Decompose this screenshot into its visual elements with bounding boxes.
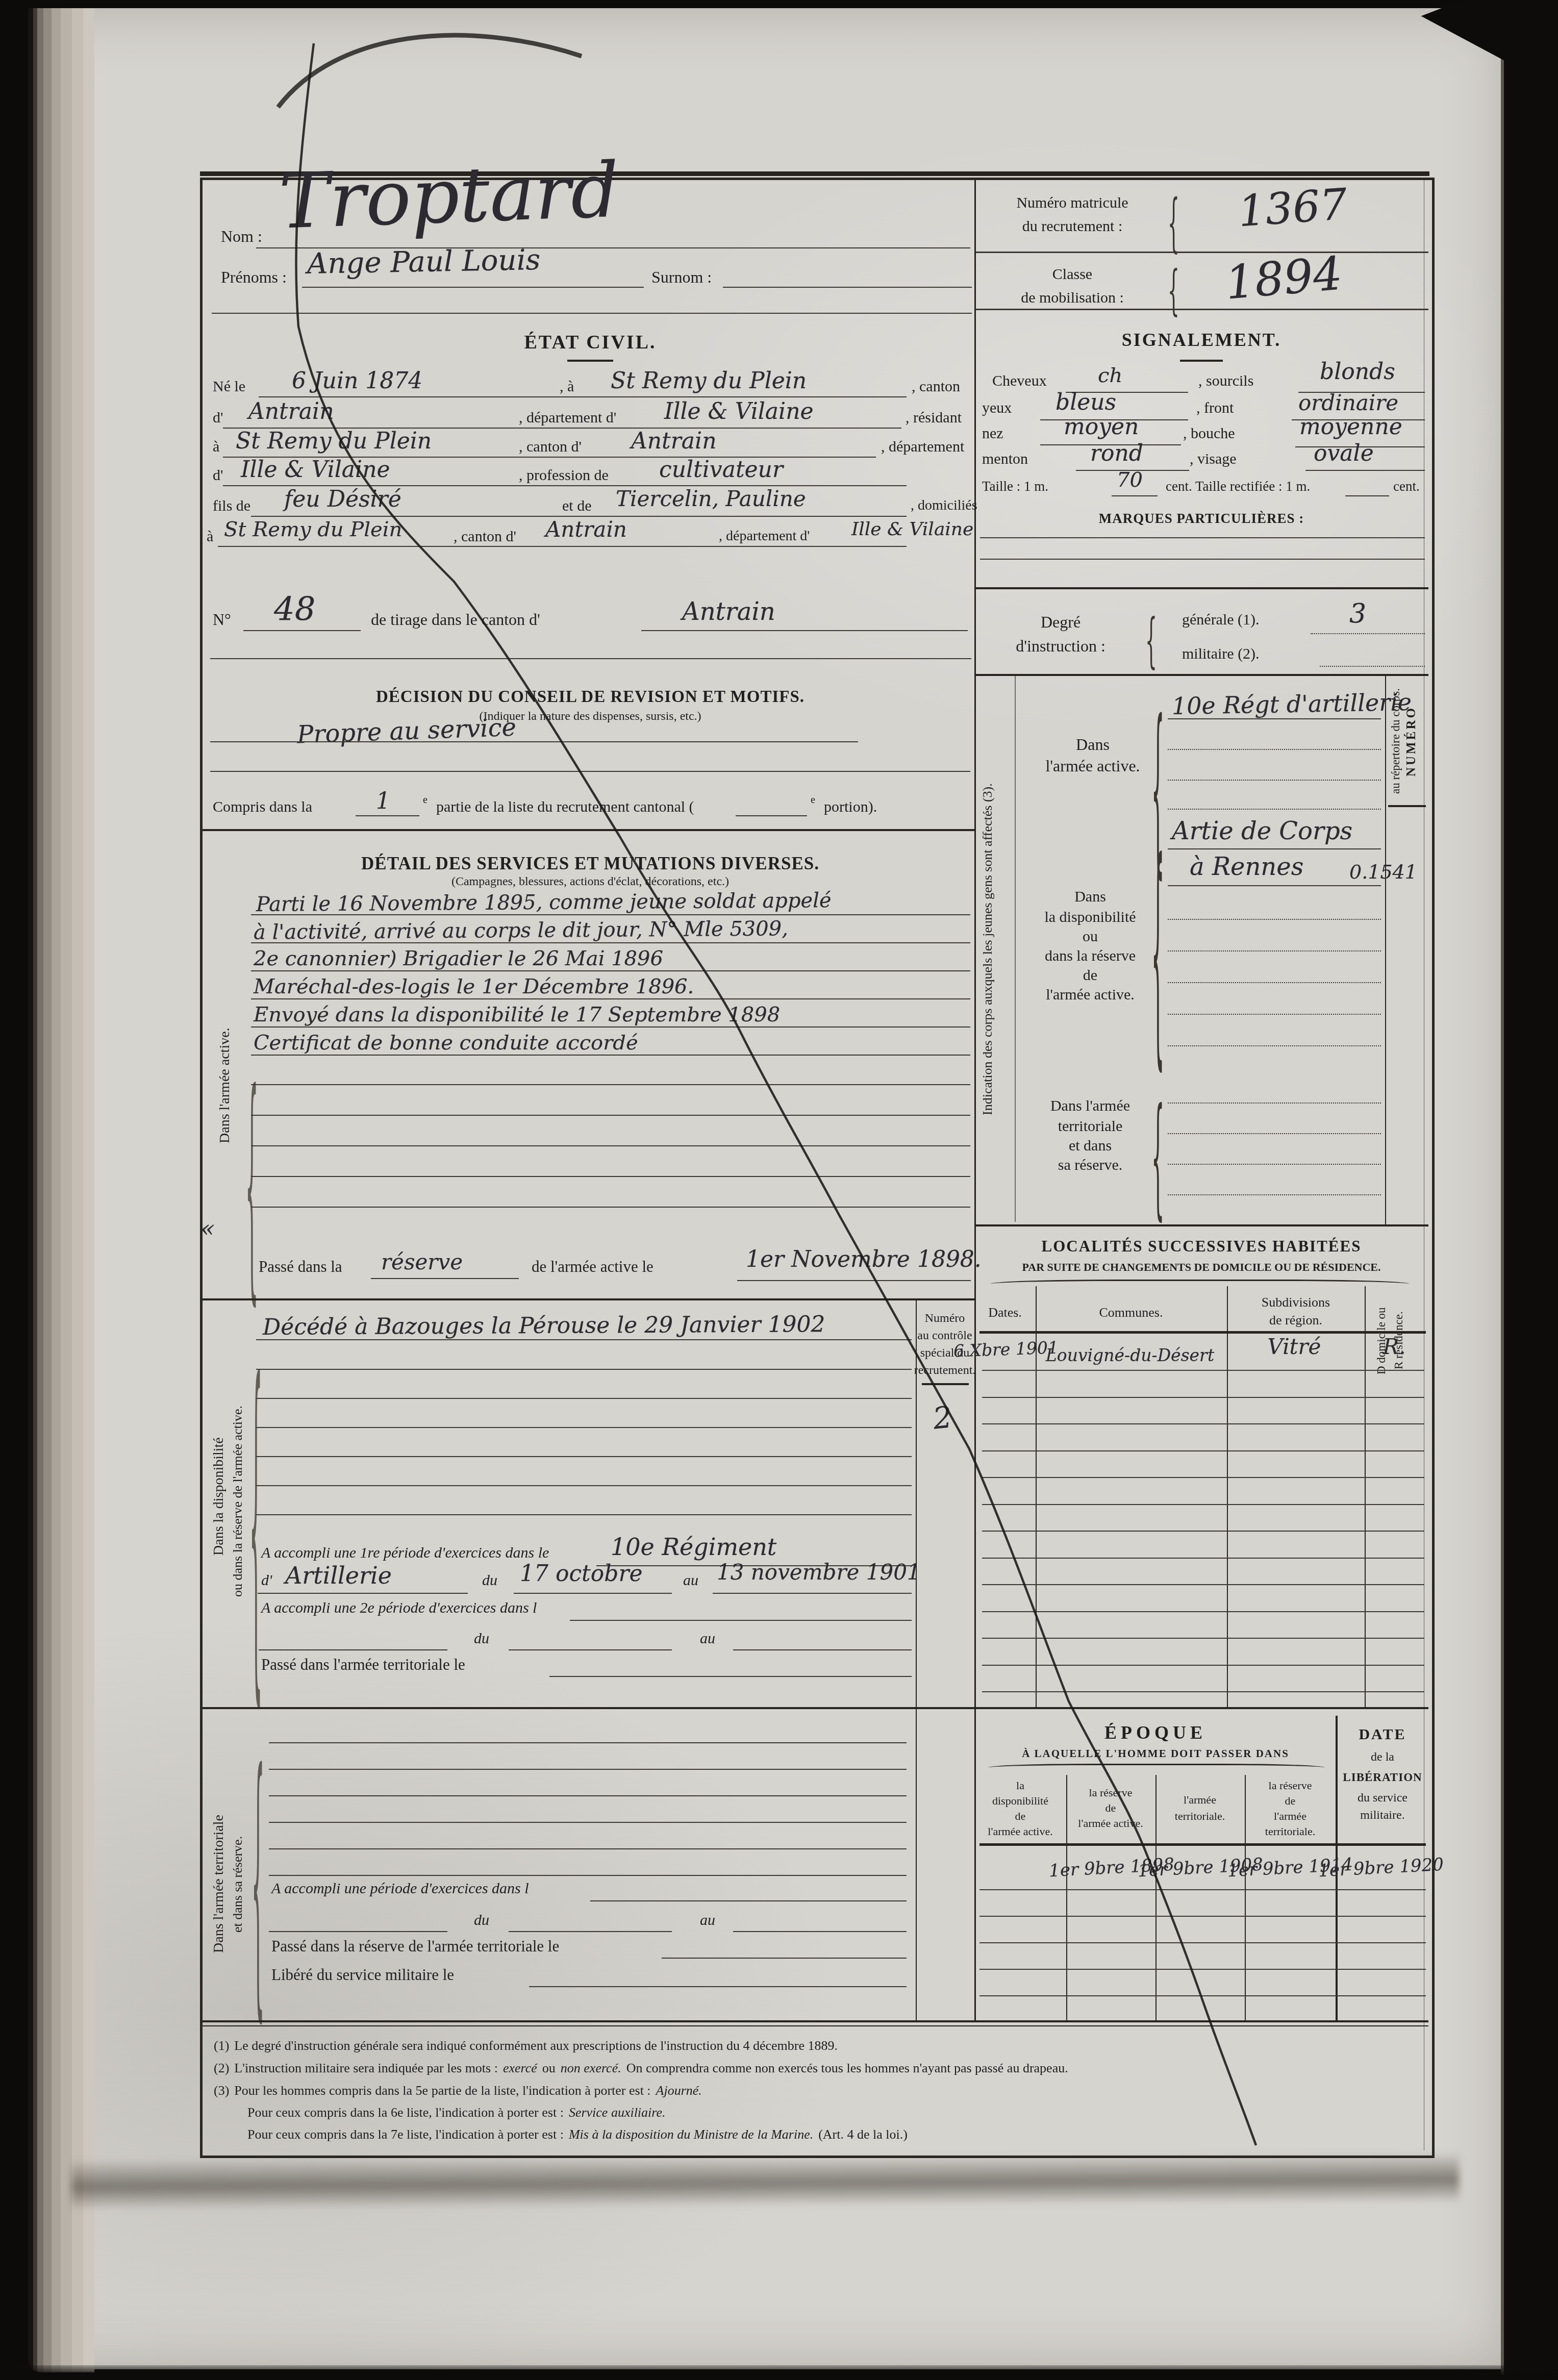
terr-periode-ln bbox=[590, 1900, 907, 1901]
loc-header-subdiv2: de région. bbox=[1269, 1313, 1322, 1328]
localites-title: LOCALITÉS SUCCESSIVES HABITÉES bbox=[1042, 1237, 1362, 1256]
loc-row-ln11 bbox=[982, 1638, 1424, 1639]
ec-r3-label3: , département bbox=[881, 438, 964, 456]
epoque-subtitle: À LAQUELLE L'HOMME DOIT PASSER DANS bbox=[1022, 1747, 1289, 1760]
svc-bottom-rule bbox=[203, 1298, 974, 1300]
ep-date-l3: LIBÉRATION bbox=[1343, 1771, 1422, 1784]
footnote-2-text-c: On comprendra comme non exercés tous les… bbox=[626, 2061, 1068, 2075]
loc-row1-ln bbox=[982, 1370, 1424, 1371]
taille-line1 bbox=[1112, 495, 1158, 496]
signalement-dash bbox=[1180, 360, 1223, 362]
compris-line2 bbox=[736, 815, 807, 816]
loc-row-ln10 bbox=[982, 1611, 1424, 1612]
dispo-label3: ou bbox=[1083, 928, 1098, 945]
periode2b-au: au bbox=[700, 1630, 715, 1647]
dispo-corps-number: 0.1541 bbox=[1349, 861, 1417, 883]
svc-blank3 bbox=[251, 1145, 970, 1146]
ep-date-l2: de la bbox=[1371, 1750, 1394, 1764]
terr-block-brace: { bbox=[252, 1721, 264, 2049]
dispo-brace: { bbox=[1151, 817, 1164, 1094]
loc-header-dates: Dates. bbox=[988, 1305, 1022, 1320]
loc-row1-dr: R. bbox=[1383, 1334, 1406, 1359]
classe-rule bbox=[976, 309, 1428, 310]
corps-terr-label2: territoriale bbox=[1058, 1118, 1123, 1135]
ec-r2-value2: Ille & Vilaine bbox=[664, 398, 814, 424]
matricule-label-2: du recrutement : bbox=[1022, 218, 1123, 235]
dispo-label1: Dans bbox=[1074, 888, 1106, 906]
corps-disp-line2 bbox=[1168, 885, 1381, 886]
main-column-divider bbox=[974, 180, 976, 2020]
ec-r4-value1: Ille & Vilaine bbox=[241, 457, 390, 483]
services-subtitle: (Campagnes, blessures, actions d'éclat, … bbox=[451, 875, 729, 889]
loc-row-ln6 bbox=[982, 1504, 1424, 1505]
front-label: , front bbox=[1196, 399, 1234, 417]
footnote-5-italic: Mis à la disposition du Ministre de la M… bbox=[569, 2127, 813, 2142]
loc-row-ln13 bbox=[982, 1691, 1424, 1692]
ep-col3-l2: territoriale. bbox=[1175, 1810, 1225, 1823]
etat-civil-title: ÉTAT CIVIL. bbox=[524, 331, 657, 354]
taille-label1: Taille : 1 m. bbox=[982, 479, 1048, 494]
footnote-1-text: Le degré d'instruction générale sera ind… bbox=[234, 2038, 838, 2053]
periode1b-au: au bbox=[683, 1572, 698, 1589]
corps-disp-line6 bbox=[1168, 1014, 1381, 1015]
etat-civil-dash bbox=[567, 360, 613, 362]
ec-r6-value3: Ille & Vilaine bbox=[851, 519, 973, 540]
ec-r3-label: à bbox=[213, 438, 219, 456]
passe-reserve-label2: de l'armée active le bbox=[532, 1258, 654, 1276]
ep-div1 bbox=[1066, 1775, 1067, 2020]
ep-col1-l4: l'armée active. bbox=[988, 1825, 1052, 1838]
bottom-shadow-band bbox=[71, 2152, 1459, 2210]
footnote-4: Pour ceux compris dans la 6e liste, l'in… bbox=[247, 2105, 671, 2120]
corps-side-label: Indication des corps auxquels les jeunes… bbox=[980, 680, 1000, 1218]
footnote-2: (2)L'instruction militaire sera indiquée… bbox=[214, 2061, 1073, 2076]
right-scan-band bbox=[1501, 0, 1558, 2380]
sourcils-value: blonds bbox=[1320, 359, 1395, 385]
ec-r6-label2: , canton d' bbox=[454, 528, 516, 545]
periode1b-value3: 13 novembre 1901 bbox=[717, 1560, 921, 1585]
terr-du-ln1 bbox=[269, 1931, 447, 1932]
ep-col1-l2: disponibilité bbox=[992, 1794, 1048, 1808]
periode2-label: A accompli une 2e période d'exercices da… bbox=[261, 1599, 537, 1617]
services-title: DÉTAIL DES SERVICES ET MUTATIONS DIVERSE… bbox=[361, 854, 819, 874]
terr-blank1 bbox=[269, 1742, 907, 1743]
periode1b-ln3 bbox=[713, 1593, 912, 1594]
visage-value: ovale bbox=[1314, 440, 1374, 466]
degre-bottom-rule bbox=[974, 674, 1428, 676]
compris-label1: Compris dans la bbox=[213, 798, 312, 816]
degre-label1: Degré bbox=[1041, 613, 1080, 632]
ec-r6-value1: St Remy du Plein bbox=[224, 518, 402, 541]
ep-col2-l1: la réserve bbox=[1089, 1786, 1133, 1799]
footnote-5-text: Pour ceux compris dans la 7e liste, l'in… bbox=[247, 2127, 564, 2142]
corps-terr-line2 bbox=[1168, 1133, 1381, 1134]
ep-row3-ln bbox=[979, 1942, 1426, 1943]
tirage-no-value: 48 bbox=[274, 591, 315, 629]
ep-row5-ln bbox=[979, 1995, 1426, 1996]
tirage-label: de tirage dans le canton d' bbox=[371, 610, 540, 629]
loc-row-ln3 bbox=[982, 1423, 1424, 1424]
ep-date-l4: du service bbox=[1358, 1791, 1408, 1805]
ep-div3 bbox=[1245, 1775, 1246, 2020]
compris-bottom-rule bbox=[203, 829, 974, 831]
ep-col4-l1: la réserve bbox=[1269, 1779, 1312, 1792]
svc-blank2 bbox=[251, 1115, 970, 1116]
ep-col2-l2: de bbox=[1105, 1801, 1116, 1815]
ec-r4-label2: , profession de bbox=[519, 467, 609, 484]
compris-sup2: e bbox=[811, 794, 815, 806]
corps-terr-label1: Dans l'armée bbox=[1050, 1097, 1130, 1115]
matricule-form: Nom : Troptard Prénoms : Ange Paul Louis… bbox=[200, 178, 1435, 2158]
periode1b-du: du bbox=[482, 1572, 497, 1589]
ep-col4-l4: territoriale. bbox=[1265, 1825, 1315, 1838]
dispo-blank4 bbox=[256, 1456, 912, 1457]
taille-line2 bbox=[1345, 495, 1389, 496]
passe-reserve-value1: réserve bbox=[381, 1249, 463, 1274]
dispo-blank2 bbox=[256, 1398, 912, 1399]
footnote-3-num: (3) bbox=[214, 2083, 229, 2098]
periode1-label: A accompli une 1re période d'exercices d… bbox=[261, 1544, 549, 1562]
loc-row-ln5 bbox=[982, 1477, 1424, 1478]
periode1b-label: d' bbox=[261, 1572, 272, 1589]
controle-label1: Numéro bbox=[925, 1312, 965, 1325]
taille-label3: cent. bbox=[1393, 479, 1420, 494]
corps-disp-line7 bbox=[1168, 1045, 1381, 1046]
corps-terr-line3 bbox=[1168, 1164, 1381, 1165]
ec-r1-label: Né le bbox=[213, 378, 245, 395]
footnote-1-num: (1) bbox=[214, 2038, 229, 2053]
taille-label2: cent. Taille rectifiée : 1 m. bbox=[1166, 479, 1310, 494]
ec-r6-line bbox=[218, 546, 907, 547]
libere-label: Libéré du service militaire le bbox=[271, 1966, 454, 1984]
periode2b-ln2 bbox=[509, 1649, 672, 1650]
footnote-4-text: Pour ceux compris dans la 6e liste, l'in… bbox=[247, 2105, 564, 2120]
decision-line1 bbox=[210, 741, 858, 742]
bottom-scan-edge bbox=[0, 2365, 1558, 2380]
nom-label: Nom : bbox=[221, 227, 262, 246]
ec-r5-label: fils de bbox=[213, 497, 250, 515]
passe-ln2 bbox=[737, 1280, 971, 1281]
dispo-corps-value1: Artie de Corps bbox=[1172, 817, 1352, 845]
footnotes-top-rule bbox=[203, 2020, 1428, 2022]
compris-line1 bbox=[356, 815, 419, 816]
svc-ln3 bbox=[251, 970, 970, 971]
svc-ln4 bbox=[251, 998, 970, 999]
bouche-value: moyenne bbox=[1299, 414, 1402, 440]
matricule-label-1: Numéro matricule bbox=[1016, 194, 1128, 212]
nez-label: nez bbox=[982, 425, 1003, 442]
matricule-value: 1367 bbox=[1237, 179, 1349, 237]
classe-brace: { bbox=[1168, 261, 1179, 322]
ec-r6-label: à bbox=[207, 528, 213, 545]
bouche-label: , bouche bbox=[1183, 425, 1235, 442]
loc-header-subdiv1: Subdivisions bbox=[1262, 1295, 1330, 1310]
service-line5: Envoyé dans la disponibilité le 17 Septe… bbox=[254, 1003, 780, 1026]
decision-line2 bbox=[210, 771, 970, 772]
service-line4: Maréchal-des-logis le 1er Décembre 1896. bbox=[254, 975, 694, 998]
prenoms-label: Prénoms : bbox=[221, 268, 287, 287]
ec-r5-value1: feu Désiré bbox=[284, 486, 401, 512]
loc-row-ln9 bbox=[982, 1584, 1424, 1585]
ep-col3-l1: l'armée bbox=[1184, 1793, 1216, 1807]
terr-blank2 bbox=[269, 1769, 907, 1770]
front-value: ordinaire bbox=[1298, 390, 1398, 415]
visage-line bbox=[1305, 470, 1425, 471]
compris-label2: partie de la liste du recrutement canton… bbox=[436, 798, 694, 816]
tirage-bottom-line bbox=[210, 658, 971, 659]
dispo-label6: l'armée active. bbox=[1046, 986, 1135, 1004]
ec-r1-label3: , canton bbox=[912, 378, 960, 395]
libere-ln bbox=[529, 1986, 907, 1987]
ec-r2-value1: Antrain bbox=[248, 398, 334, 424]
epoque-swash bbox=[988, 1764, 1325, 1771]
ep-col1-l1: la bbox=[1016, 1779, 1024, 1792]
svc-ln5 bbox=[251, 1026, 970, 1028]
ec-r4-value2: cultivateur bbox=[659, 457, 783, 483]
classe-label-1: Classe bbox=[1052, 266, 1092, 283]
service-line6: Certificat de bonne conduite accordé bbox=[254, 1031, 638, 1055]
terr-passe-label: Passé dans la réserve de l'armée territo… bbox=[271, 1937, 559, 1956]
dispo-blank3 bbox=[256, 1427, 912, 1428]
armee-active-label1: Dans bbox=[1076, 735, 1110, 754]
degre-label2: d'instruction : bbox=[1016, 637, 1105, 656]
numero-corps-rule bbox=[1388, 805, 1426, 807]
dispo-label2: la disponibilité bbox=[1044, 909, 1136, 926]
footnote-3-italic: Ajourné. bbox=[656, 2083, 702, 2098]
loc-row-ln4 bbox=[982, 1450, 1424, 1451]
decede-note: Décédé à Bazouges la Pérouse le 29 Janvi… bbox=[263, 1311, 825, 1340]
dispo-blank6 bbox=[256, 1514, 912, 1515]
svc-ln2 bbox=[251, 942, 970, 943]
marques-line2 bbox=[980, 559, 1425, 560]
yeux-value: bleus bbox=[1056, 389, 1116, 415]
armee-active-value: 10e Régt d'artillerie bbox=[1172, 688, 1412, 720]
dispo-block-brace: { bbox=[249, 1318, 262, 1740]
terr-au: au bbox=[700, 1912, 715, 1929]
menton-value: rond bbox=[1090, 440, 1143, 466]
corps-act-line4 bbox=[1168, 809, 1381, 810]
ec-r5-label2: et de bbox=[562, 497, 591, 515]
passe-reserve-label1: Passé dans la bbox=[259, 1258, 342, 1276]
controle-label4: recrutement. bbox=[914, 1364, 976, 1377]
compris-label3: portion). bbox=[824, 798, 877, 816]
terr-periode-label: A accompli une période d'exercices dans … bbox=[271, 1880, 529, 1897]
ep-row2-ln bbox=[979, 1916, 1426, 1917]
compris-value: 1 bbox=[376, 788, 390, 814]
classe-value: 1894 bbox=[1223, 246, 1344, 310]
ec-r3-value2: Antrain bbox=[631, 428, 716, 454]
footnote-2-italic1: exercé bbox=[503, 2061, 537, 2075]
passe-reserve-value2: 1er Novembre 1898. bbox=[746, 1246, 982, 1272]
loc-row-ln12 bbox=[982, 1665, 1424, 1666]
loc-row-ln7 bbox=[982, 1531, 1424, 1532]
terr-du-ln2 bbox=[509, 1931, 672, 1932]
footnote-4-italic: Service auxiliaire. bbox=[569, 2105, 666, 2120]
menton-label: menton bbox=[982, 450, 1028, 468]
margin-mark: « bbox=[200, 1215, 215, 1242]
ec-r3-label2: , canton d' bbox=[519, 438, 582, 456]
generale-line bbox=[1311, 633, 1425, 634]
ep-date-l1: DATE bbox=[1359, 1726, 1406, 1743]
generale-value: 3 bbox=[1349, 598, 1366, 629]
generale-label: générale (1). bbox=[1182, 611, 1260, 629]
ec-r1-value1: 6 Juin 1874 bbox=[292, 368, 422, 394]
svc-blank5 bbox=[251, 1207, 970, 1208]
disp-label4: dans la réserve bbox=[1045, 947, 1136, 965]
svc-blank4 bbox=[251, 1176, 970, 1177]
terr-du: du bbox=[474, 1912, 489, 1929]
degre-brace: { bbox=[1145, 608, 1157, 675]
matricule-rule bbox=[976, 252, 1428, 253]
prenoms-value: Ange Paul Louis bbox=[307, 243, 540, 281]
top-scan-edge bbox=[0, 0, 1558, 8]
dispo-corps-value2: à Rennes bbox=[1190, 853, 1303, 881]
ep-row4-ln bbox=[979, 1969, 1426, 1970]
corps-terr-line1 bbox=[1168, 1103, 1381, 1104]
decision-title: DÉCISION DU CONSEIL DE REVISION ET MOTIF… bbox=[376, 688, 805, 707]
corps-disp-line4 bbox=[1168, 950, 1381, 951]
controle-divider bbox=[916, 1300, 917, 2020]
passe-territoriale-ln bbox=[549, 1676, 912, 1677]
footnote-2-text-b: ou bbox=[542, 2061, 556, 2075]
service-line2: à l'activité, arrivé au corps le dit jou… bbox=[254, 917, 788, 944]
ec-r3-value1: St Remy du Plein bbox=[236, 428, 432, 454]
loc-header-communes: Communes. bbox=[1099, 1305, 1163, 1320]
terr-blank3 bbox=[269, 1795, 907, 1796]
classe-label-2: de mobilisation : bbox=[1021, 289, 1124, 307]
periode1b-ln1 bbox=[258, 1593, 468, 1594]
ec-r2-label3: , résidant bbox=[906, 409, 962, 427]
footnote-5: Pour ceux compris dans la 7e liste, l'in… bbox=[247, 2127, 913, 2142]
ec-r1-label2: , à bbox=[560, 378, 574, 395]
footnote-2-num: (2) bbox=[214, 2061, 229, 2075]
terr-blank6 bbox=[269, 1875, 907, 1876]
tirage-line1 bbox=[243, 630, 361, 631]
dispo-blank5 bbox=[256, 1485, 912, 1486]
svc-blank1 bbox=[251, 1084, 970, 1085]
services-brace: { bbox=[245, 1047, 258, 1329]
periode1b-ln2 bbox=[514, 1593, 672, 1594]
footnote-2-text-a: L'instruction militaire sera indiquée pa… bbox=[234, 2061, 498, 2075]
svc-ln6 bbox=[251, 1055, 970, 1056]
ep-header-rule bbox=[979, 1843, 1426, 1846]
surnom-label: Surnom : bbox=[651, 268, 712, 287]
footnote-2-italic2: non exercé. bbox=[561, 2061, 621, 2075]
tirage-line2 bbox=[641, 630, 968, 631]
prenoms-line bbox=[302, 287, 644, 288]
scanned-register-page: Nom : Troptard Prénoms : Ange Paul Louis… bbox=[0, 0, 1558, 2380]
sourcils-label: , sourcils bbox=[1198, 372, 1253, 390]
corps-act-line1 bbox=[1168, 718, 1381, 719]
ec-r2-label: d' bbox=[213, 409, 223, 427]
ep-col4-l2: de bbox=[1285, 1794, 1296, 1808]
book-page-edges bbox=[28, 5, 94, 2372]
terr-blank5 bbox=[269, 1848, 907, 1849]
loc-row1-subdiv: Vitré bbox=[1268, 1334, 1321, 1359]
corps-terr-brace: { bbox=[1151, 1084, 1164, 1234]
tirage-canton-value: Antrain bbox=[682, 597, 775, 626]
decision-value: Propre au service bbox=[296, 713, 517, 749]
ep-col1-l3: de bbox=[1015, 1810, 1026, 1823]
terr-du-ln3 bbox=[733, 1931, 907, 1932]
compris-sup1: e bbox=[423, 794, 428, 806]
periode1b-value2: 17 octobre bbox=[520, 1561, 643, 1587]
corps-act-line3 bbox=[1168, 780, 1381, 781]
service-line1: Parti le 16 Novembre 1895, comme jeune s… bbox=[256, 889, 832, 916]
militaire-line bbox=[1320, 666, 1425, 667]
passe-territoriale-label: Passé dans l'armée territoriale le bbox=[261, 1656, 465, 1674]
signalement-title: SIGNALEMENT. bbox=[1122, 329, 1281, 350]
yeux-label: yeux bbox=[982, 399, 1012, 417]
taille-value: 70 bbox=[1117, 468, 1143, 492]
periode1-value: 10e Régiment bbox=[611, 1533, 776, 1561]
ep-row1-ln bbox=[979, 1889, 1426, 1890]
ep-col4-l3: l'armée bbox=[1274, 1810, 1306, 1823]
dispo-label5: de bbox=[1083, 967, 1097, 984]
ec-r1-line bbox=[259, 396, 907, 397]
numero-corps-divider bbox=[1385, 674, 1386, 1224]
localites-swash bbox=[991, 1280, 1409, 1288]
marques-line1 bbox=[980, 537, 1425, 538]
loc-row1-date: 6 Xbre 1901 bbox=[953, 1337, 1059, 1361]
footnote-1: (1)Le degré d'instruction générale sera … bbox=[214, 2038, 843, 2053]
dispo-ln0 bbox=[256, 1339, 912, 1340]
corps-terr-line4 bbox=[1168, 1194, 1381, 1195]
loc-div3 bbox=[1365, 1286, 1366, 1708]
armee-active-label2: l'armée active. bbox=[1045, 757, 1140, 775]
corps-disp-line3 bbox=[1168, 919, 1381, 920]
footnote-3-text: Pour les hommes compris dans la 5e parti… bbox=[234, 2083, 650, 2098]
matricule-brace: { bbox=[1168, 187, 1179, 260]
cheveux-label: Cheveux bbox=[992, 372, 1047, 390]
periode2b-ln1 bbox=[259, 1649, 447, 1650]
periode2b-du: du bbox=[474, 1630, 489, 1647]
localites-subtitle: PAR SUITE DE CHANGEMENTS DE DOMICILE OU … bbox=[1022, 1261, 1380, 1274]
corps-terr-label3: et dans bbox=[1069, 1137, 1112, 1155]
ec-r1-value2: St Remy du Plein bbox=[611, 368, 807, 394]
footnote-3: (3)Pour les hommes compris dans la 5e pa… bbox=[214, 2083, 707, 2098]
loc-div2 bbox=[1227, 1286, 1228, 1708]
epoque-title: ÉPOQUE bbox=[1104, 1722, 1207, 1743]
surnom-line bbox=[723, 287, 972, 288]
tirage-no-label: N° bbox=[213, 610, 231, 629]
controle-value: 2 bbox=[932, 1399, 954, 1436]
periode2b-ln3 bbox=[733, 1649, 912, 1650]
loc-row1-commune: Louvigné-du-Désert bbox=[1046, 1345, 1214, 1365]
ec-r6-value2: Antrain bbox=[545, 517, 627, 542]
dispo-blank1 bbox=[256, 1369, 912, 1370]
loc-row-ln2 bbox=[982, 1397, 1424, 1398]
passe-ln1 bbox=[371, 1278, 519, 1279]
militaire-label: militaire (2). bbox=[1182, 645, 1260, 663]
localites-top-rule bbox=[974, 1224, 1428, 1226]
corps-disp-line1 bbox=[1168, 848, 1381, 849]
ep-col2-l3: l'armée active. bbox=[1078, 1817, 1143, 1830]
ec-r4-label: d' bbox=[213, 467, 223, 484]
svc-ln1 bbox=[251, 914, 970, 915]
loc-header-rule bbox=[979, 1331, 1426, 1334]
signalement-bottom-rule bbox=[974, 587, 1428, 589]
footnote-5-text-b: (Art. 4 de la loi.) bbox=[818, 2127, 908, 2142]
periode2-ln bbox=[570, 1620, 912, 1621]
ep-date-l5: militaire. bbox=[1360, 1809, 1404, 1822]
footnotes-top-rule2 bbox=[203, 2025, 1428, 2026]
periode1b-value1: Artillerie bbox=[285, 1562, 392, 1589]
ec-r5-label3: , domiciliés bbox=[911, 497, 977, 514]
visage-label: , visage bbox=[1190, 450, 1237, 468]
ep-div2 bbox=[1155, 1775, 1157, 2020]
corps-disp-line5 bbox=[1168, 982, 1381, 983]
